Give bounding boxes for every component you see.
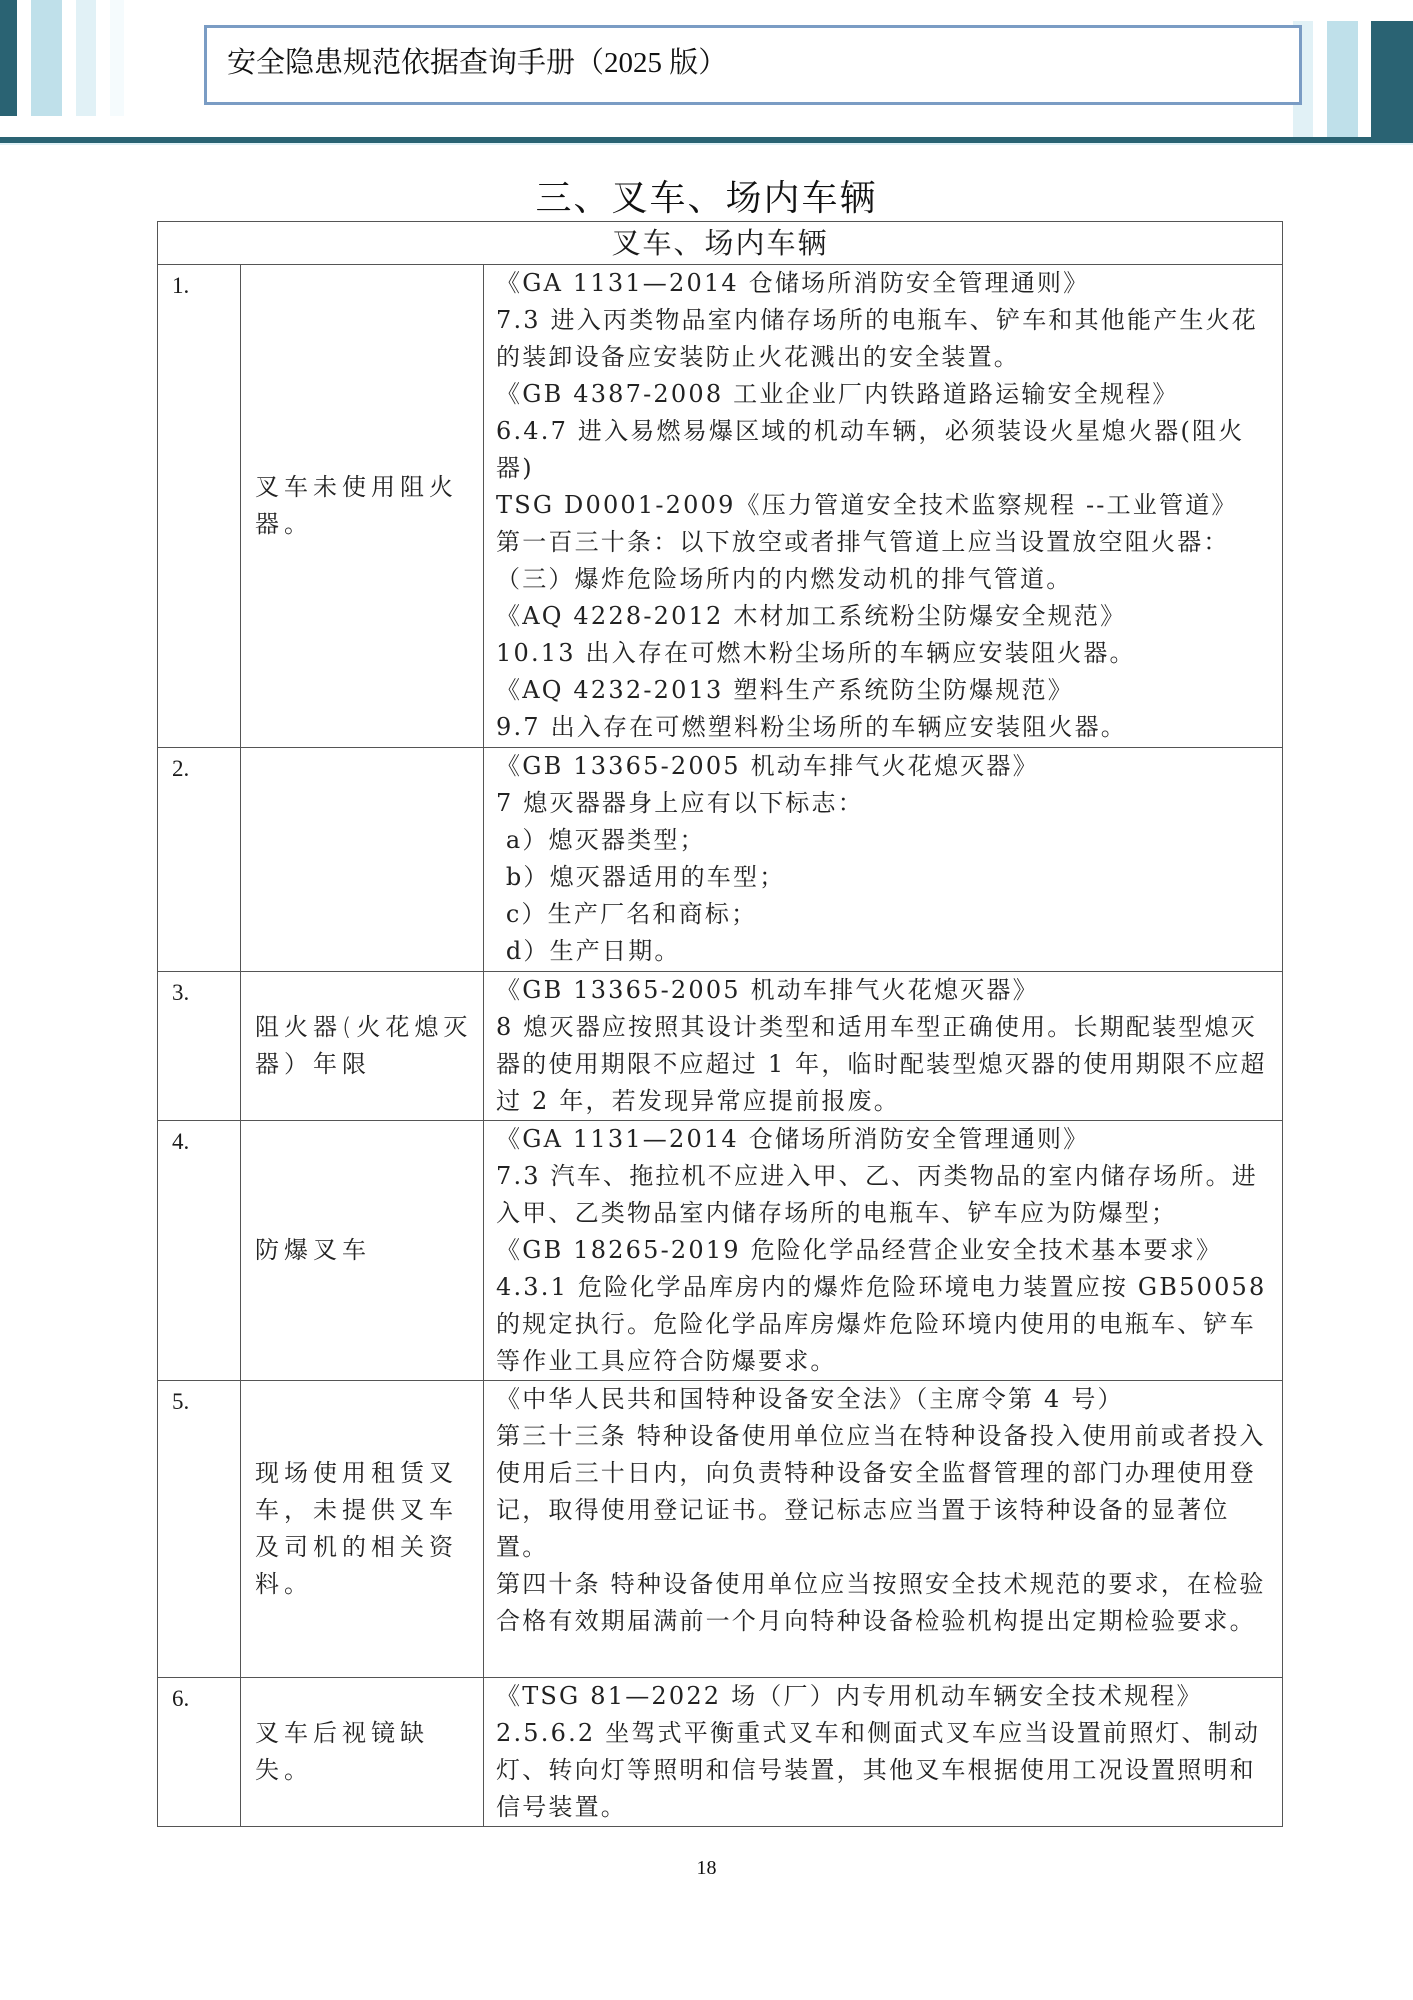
table-row: 4. 防爆叉车 《GA 1131—2014 仓储场所消防安全管理通则》 7.3 … <box>158 1121 1283 1381</box>
regulation-basis: 《中华人民共和国特种设备安全法》（主席令第 4 号） 第三十三条 特种设备使用单… <box>484 1381 1283 1678</box>
row-number: 2. <box>158 748 241 972</box>
basis-line: 《AQ 4228-2012 木材加工系统粉尘防爆安全规范》 <box>496 598 1274 635</box>
row-number: 4. <box>158 1121 241 1381</box>
header-band-left-faint <box>110 0 124 116</box>
basis-line: b）熄灭器适用的车型； <box>496 859 1274 896</box>
basis-line: 6.4.7 进入易燃易爆区域的机动车辆，必须装设火星熄火器(阻火器) <box>496 413 1274 487</box>
table-header: 叉车、场内车辆 <box>158 222 1283 265</box>
basis-line: （三）爆炸危险场所内的内燃发动机的排气管道。 <box>496 561 1274 598</box>
basis-line: 《GB 13365-2005 机动车排气火花熄灭器》 <box>496 972 1274 1009</box>
header-band-left-light <box>76 0 96 116</box>
basis-line: 第三十三条 特种设备使用单位应当在特种设备投入使用前或者投入使用后三十日内，向负… <box>496 1418 1274 1566</box>
row-number: 3. <box>158 972 241 1121</box>
table-row: 3. 阻火器(火花熄灭器）年限 《GB 13365-2005 机动车排气火花熄灭… <box>158 972 1283 1121</box>
table-row: 6. 叉车后视镜缺失。 《TSG 81—2022 场（厂）内专用机动车辆安全技术… <box>158 1678 1283 1827</box>
header-band-left-dark <box>0 0 17 116</box>
row-number: 6. <box>158 1678 241 1827</box>
basis-line: 《GB 4387-2008 工业企业厂内铁路道路运输安全规程》 <box>496 376 1274 413</box>
basis-line: 《GA 1131—2014 仓储场所消防安全管理通则》 <box>496 1121 1274 1158</box>
hazard-description: 阻火器(火花熄灭器）年限 <box>241 972 484 1121</box>
hazard-description: 叉车未使用阻火器。 <box>241 265 484 748</box>
header-band-right-dark <box>1371 21 1413 143</box>
document-title: 安全隐患规范依据查询手册（2025 版） <box>227 40 727 81</box>
regulation-basis: 《GB 13365-2005 机动车排气火花熄灭器》 8 熄灭器应按照其设计类型… <box>484 972 1283 1121</box>
basis-line: 《GB 13365-2005 机动车排气火花熄灭器》 <box>496 748 1274 785</box>
basis-line: 《中华人民共和国特种设备安全法》（主席令第 4 号） <box>496 1381 1274 1418</box>
regulation-basis: 《GB 13365-2005 机动车排气火花熄灭器》 7 熄灭器器身上应有以下标… <box>484 748 1283 972</box>
regulation-basis: 《GA 1131—2014 仓储场所消防安全管理通则》 7.3 进入丙类物品室内… <box>484 265 1283 748</box>
page-number: 18 <box>0 1857 1413 1880</box>
basis-line: 8 熄灭器应按照其设计类型和适用车型正确使用。长期配装型熄灭器的使用期限不应超过… <box>496 1009 1274 1120</box>
basis-line: c）生产厂名和商标； <box>496 896 1274 933</box>
hazard-description: 叉车后视镜缺失。 <box>241 1678 484 1827</box>
table-header-row: 叉车、场内车辆 <box>158 222 1283 265</box>
hazard-description: 防爆叉车 <box>241 1121 484 1381</box>
header-underline-shadow <box>0 143 1413 145</box>
basis-line: 10.13 出入存在可燃木粉尘场所的车辆应安装阻火器。 <box>496 635 1274 672</box>
row-number: 5. <box>158 1381 241 1678</box>
basis-line: 7 熄灭器器身上应有以下标志： <box>496 785 1274 822</box>
basis-line: d）生产日期。 <box>496 933 1274 970</box>
basis-line: 4.3.1 危险化学品库房内的爆炸危险环境电力装置应按 GB50058 的规定执… <box>496 1269 1274 1380</box>
regulation-basis: 《GA 1131—2014 仓储场所消防安全管理通则》 7.3 汽车、拖拉机不应… <box>484 1121 1283 1381</box>
basis-line: 第一百三十条：以下放空或者排气管道上应当设置放空阻火器： <box>496 524 1274 561</box>
header-band-right-mid <box>1327 21 1358 137</box>
hazard-description: 现场使用租赁叉车，未提供叉车及司机的相关资料。 <box>241 1381 484 1678</box>
basis-line: 《AQ 4232-2013 塑料生产系统防尘防爆规范》 <box>496 672 1274 709</box>
regulations-table: 叉车、场内车辆 1. 叉车未使用阻火器。 《GA 1131—2014 仓储场所消… <box>157 221 1283 1827</box>
basis-line: 7.3 汽车、拖拉机不应进入甲、乙、丙类物品的室内储存场所。进入甲、乙类物品室内… <box>496 1158 1274 1232</box>
basis-line: 《GA 1131—2014 仓储场所消防安全管理通则》 <box>496 265 1274 302</box>
basis-line: 7.3 进入丙类物品室内储存场所的电瓶车、铲车和其他能产生火花的装卸设备应安装防… <box>496 302 1274 376</box>
header-title-box: 安全隐患规范依据查询手册（2025 版） <box>204 25 1302 105</box>
regulation-basis: 《TSG 81—2022 场（厂）内专用机动车辆安全技术规程》 2.5.6.2 … <box>484 1678 1283 1827</box>
header-band-left-mid <box>31 0 62 116</box>
table-row: 2. 《GB 13365-2005 机动车排气火花熄灭器》 7 熄灭器器身上应有… <box>158 748 1283 972</box>
basis-line: TSG D0001-2009《压力管道安全技术监察规程 --工业管道》 <box>496 487 1274 524</box>
basis-line: 《GB 18265-2019 危险化学品经营企业安全技术基本要求》 <box>496 1232 1274 1269</box>
basis-line: 2.5.6.2 坐驾式平衡重式叉车和侧面式叉车应当设置前照灯、制动灯、转向灯等照… <box>496 1715 1274 1826</box>
section-title: 三、叉车、场内车辆 <box>0 170 1413 221</box>
basis-line: 第四十条 特种设备使用单位应当按照安全技术规范的要求，在检验合格有效期届满前一个… <box>496 1566 1274 1640</box>
hazard-description <box>241 748 484 972</box>
basis-line: 9.7 出入存在可燃塑料粉尘场所的车辆应安装阻火器。 <box>496 709 1274 746</box>
basis-line: 《TSG 81—2022 场（厂）内专用机动车辆安全技术规程》 <box>496 1678 1274 1715</box>
basis-line: a）熄灭器类型； <box>496 822 1274 859</box>
table-row: 5. 现场使用租赁叉车，未提供叉车及司机的相关资料。 《中华人民共和国特种设备安… <box>158 1381 1283 1678</box>
table-row: 1. 叉车未使用阻火器。 《GA 1131—2014 仓储场所消防安全管理通则》… <box>158 265 1283 748</box>
row-number: 1. <box>158 265 241 748</box>
